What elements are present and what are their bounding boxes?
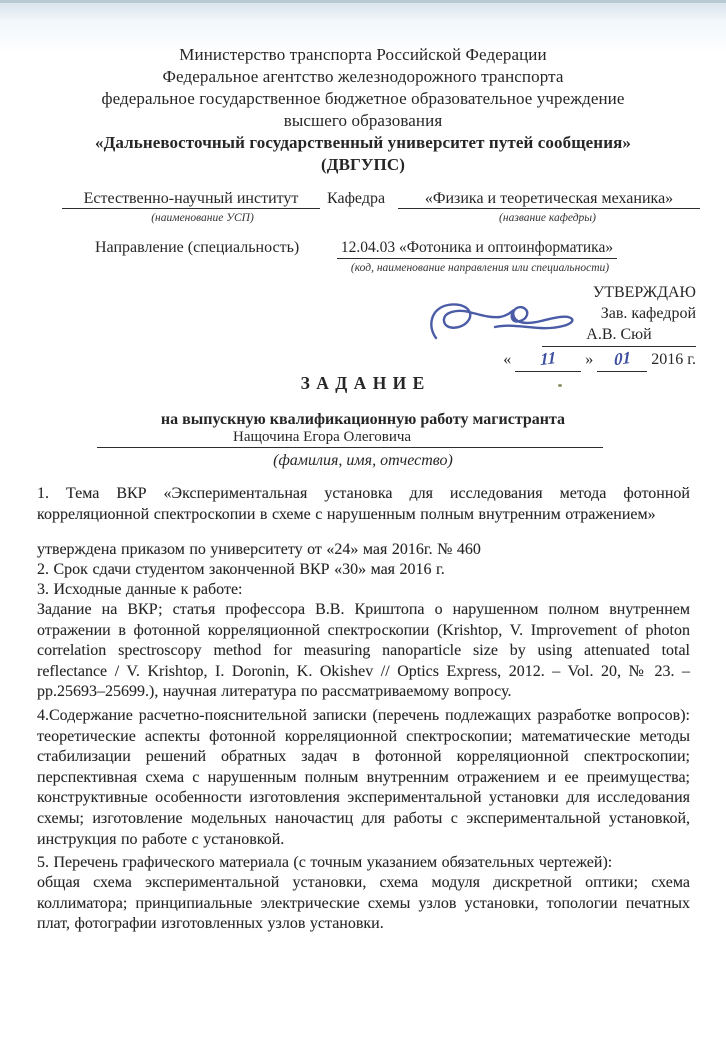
student-name-field: Нащочина Егора Олеговича xyxy=(97,429,603,448)
handwritten-day: 11 xyxy=(540,347,556,370)
approval-block: УТВЕРЖДАЮ Зав. кафедрой А.В. Сюй « 11 » … xyxy=(396,282,696,372)
affiliation-row: Естественно-научный институт Кафедра «Фи… xyxy=(0,190,726,212)
scanned-document-page: Министерство транспорта Российской Федер… xyxy=(0,0,726,1058)
initial-data-label: 3. Исходные данные к работе: xyxy=(37,580,690,601)
date-open-quote: « xyxy=(503,351,511,368)
ink-dot-artifact xyxy=(558,384,562,387)
approve-word: УТВЕРЖДАЮ xyxy=(396,282,696,303)
speciality-label: Направление (специальность) xyxy=(95,239,299,257)
date-year: 2016 г. xyxy=(651,351,696,368)
handwritten-month: 01 xyxy=(614,347,631,371)
date-month-field: 01 xyxy=(597,348,647,372)
date-close-quote: » xyxy=(585,351,593,368)
topic-paragraph: 1. Тема ВКР «Экспериментальная установка… xyxy=(37,484,690,525)
approver-name-row: А.В. Сюй xyxy=(396,324,696,347)
graphics-label: 5. Перечень графического материала (с то… xyxy=(37,853,690,874)
initial-data-paragraph: Задание на ВКР; статья профессора В.В. К… xyxy=(37,600,690,703)
university-abbreviation: (ДВГУПС) xyxy=(0,154,726,176)
document-subtitle: на выпускную квалификационную работу маг… xyxy=(0,411,726,429)
university-name: «Дальневосточный государственный универс… xyxy=(0,132,726,154)
department-caption: (название кафедры) xyxy=(460,212,635,224)
date-day-field: 11 xyxy=(515,348,581,372)
approved-order-line: утверждена приказом по университету от «… xyxy=(37,540,690,561)
speciality-caption: (код, наименование направления или специ… xyxy=(340,262,620,274)
approval-date-row: « 11 » 01 2016 г. xyxy=(396,348,696,372)
document-title: З А Д А Н И Е xyxy=(0,373,726,394)
document-header: Министерство транспорта Российской Федер… xyxy=(0,44,726,176)
speciality-field: 12.04.03 «Фотоника и оптоинформатика» xyxy=(337,239,617,259)
institute-field: Естественно-научный институт xyxy=(62,190,320,209)
graphics-paragraph: общая схема экспериментальной установки,… xyxy=(37,873,690,935)
header-line-education: высшего образования xyxy=(0,110,726,132)
header-line-ministry: Министерство транспорта Российской Федер… xyxy=(0,44,726,66)
header-line-agency: Федеральное агентство железнодорожного т… xyxy=(0,66,726,88)
contents-paragraph: 4.Содержание расчетно-пояснительной запи… xyxy=(37,706,690,850)
deadline-line: 2. Срок сдачи студентом законченной ВКР … xyxy=(37,560,690,581)
department-field: «Физика и теоретическая механика» xyxy=(398,190,700,209)
institute-caption: (наименование УСП) xyxy=(120,212,285,224)
header-line-institution: федеральное государственное бюджетное об… xyxy=(0,88,726,110)
student-name-caption: (фамилия, имя, отчество) xyxy=(0,452,726,470)
department-label: Кафедра xyxy=(327,190,385,208)
approver-role: Зав. кафедрой xyxy=(396,303,696,324)
approver-name: А.В. Сюй xyxy=(542,324,696,347)
